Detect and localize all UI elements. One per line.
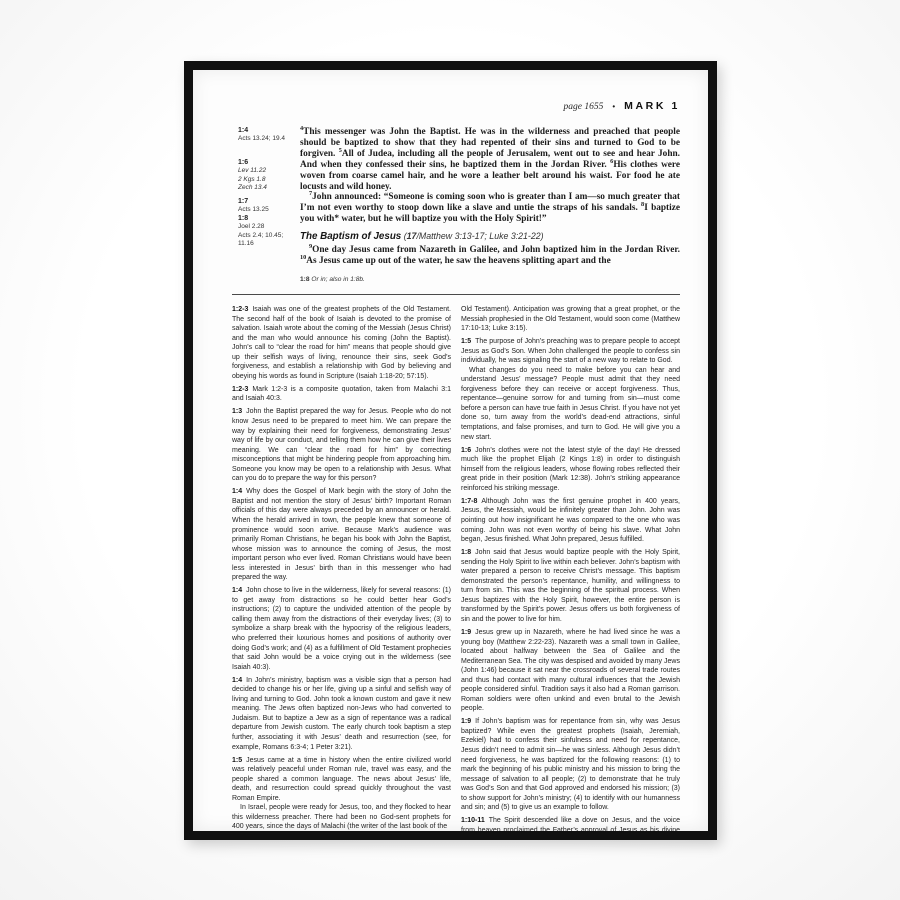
- scripture-section: 1:4Acts 13.24; 19.41:6Lev 11.222 Kgs 1.8…: [232, 127, 680, 267]
- cross-reference-column: 1:4Acts 13.24; 19.41:6Lev 11.222 Kgs 1.8…: [232, 127, 300, 267]
- verse-ref: 1:8: [238, 215, 283, 223]
- study-note: 1:3John the Baptist prepared the way for…: [232, 407, 451, 483]
- cross-reference-group: 1:8Joel 2.28Acts 2.4; 10.45;11.16: [238, 215, 283, 248]
- study-note: 1:4Why does the Gospel of Mark begin wit…: [232, 487, 451, 582]
- note-ref: 1:7-8: [461, 498, 481, 505]
- note-paragraph: 1:10-11The Spirit descended like a dove …: [461, 816, 680, 831]
- note-ref: 1:6: [461, 447, 475, 454]
- note-paragraph: 1:6John’s clothes were not the latest st…: [461, 446, 680, 494]
- note-ref: 1:4: [232, 677, 246, 684]
- scripture-text: 4This messenger was John the Baptist. He…: [300, 127, 680, 267]
- study-note: Old Testament). Anticipation was growing…: [461, 305, 680, 334]
- study-note: 1:5The purpose of John’s preaching was t…: [461, 337, 680, 442]
- verse-ref: 1:7: [238, 198, 269, 206]
- note-paragraph: 1:5Jesus came at a time in history when …: [232, 756, 451, 804]
- cross-reference: Zech 13.4: [238, 184, 267, 192]
- study-note: 1:4In John’s ministry, baptism was a vis…: [232, 676, 451, 752]
- scripture-paragraph: 9One day Jesus came from Nazareth in Gal…: [300, 245, 680, 267]
- note-ref: 1:5: [232, 757, 246, 764]
- note-ref: 1:8: [461, 549, 475, 556]
- verse-number: 8: [641, 201, 644, 208]
- cross-reference: Lev 11.22: [238, 167, 267, 175]
- study-note: 1:10-11The Spirit descended like a dove …: [461, 816, 680, 831]
- study-note: 1:9If John’s baptism was for repentance …: [461, 717, 680, 812]
- note-paragraph: 1:4John chose to live in the wilderness,…: [232, 586, 451, 672]
- verse-number: 6: [610, 158, 613, 165]
- note-ref: 1:10-11: [461, 817, 489, 824]
- note-ref: 1:5: [461, 338, 475, 345]
- study-note: 1:5Jesus came at a time in history when …: [232, 756, 451, 831]
- note-paragraph: 1:2-3Mark 1:2-3 is a composite quotation…: [232, 385, 451, 404]
- page-number: page 1655: [563, 102, 603, 112]
- cross-reference-group: 1:7Acts 13.25: [238, 198, 269, 215]
- scripture-paragraph: 4This messenger was John the Baptist. He…: [300, 127, 680, 192]
- verse-number: 4: [300, 125, 303, 132]
- section-heading: The Baptism of Jesus (17/Matthew 3:13-17…: [300, 231, 680, 242]
- note-paragraph: 1:4In John’s ministry, baptism was a vis…: [232, 676, 451, 752]
- notes-column-right: Old Testament). Anticipation was growing…: [461, 305, 680, 831]
- study-notes: 1:2-3Isaiah was one of the greatest prop…: [232, 305, 680, 831]
- footnote-ref: 1:8: [300, 276, 310, 283]
- section-title: The Baptism of Jesus: [300, 231, 401, 242]
- note-ref: 1:2-3: [232, 386, 252, 393]
- footnote-text: Or in; also in 1:8b.: [311, 276, 365, 283]
- section-divider: [232, 294, 680, 295]
- verse-number: 9: [309, 243, 312, 250]
- section-parallel-refs: (17/Matthew 3:13-17; Luke 3:21-22): [401, 231, 543, 241]
- note-paragraph: In Israel, people were ready for Jesus, …: [232, 803, 451, 831]
- note-ref: 1:9: [461, 629, 475, 636]
- verse-number: 7: [309, 190, 312, 197]
- note-paragraph: 1:5The purpose of John’s preaching was t…: [461, 337, 680, 366]
- scripture-paragraphs: 4This messenger was John the Baptist. He…: [300, 127, 680, 225]
- book-title: MARK 1: [624, 100, 680, 112]
- note-ref: 1:9: [461, 718, 475, 725]
- section-scripture-paragraphs: 9One day Jesus came from Nazareth in Gal…: [300, 245, 680, 267]
- study-note: 1:2-3Mark 1:2-3 is a composite quotation…: [232, 385, 451, 404]
- verse-number: 5: [339, 147, 342, 154]
- cross-reference: 2 Kgs 1.8: [238, 176, 267, 184]
- note-paragraph: 1:9Jesus grew up in Nazareth, where he h…: [461, 628, 680, 714]
- notes-column-left: 1:2-3Isaiah was one of the greatest prop…: [232, 305, 451, 831]
- study-note: 1:2-3Isaiah was one of the greatest prop…: [232, 305, 451, 381]
- cross-reference: Acts 13.25: [238, 206, 269, 214]
- note-ref: 1:2-3: [232, 306, 252, 313]
- verse-ref: 1:4: [238, 127, 285, 135]
- cross-reference: Acts 13.24; 19.4: [238, 135, 285, 143]
- study-note: 1:6John’s clothes were not the latest st…: [461, 446, 680, 494]
- cross-reference: 11.16: [238, 240, 283, 248]
- note-paragraph: Old Testament). Anticipation was growing…: [461, 305, 680, 334]
- note-ref: 1:4: [232, 587, 246, 594]
- note-paragraph: 1:9If John’s baptism was for repentance …: [461, 717, 680, 812]
- page-content: page 1655 • MARK 1 1:4Acts 13.24; 19.41:…: [193, 70, 708, 831]
- note-paragraph: 1:3John the Baptist prepared the way for…: [232, 407, 451, 483]
- cross-reference: Acts 2.4; 10.45;: [238, 232, 283, 240]
- verse-ref: 1:6: [238, 159, 267, 167]
- cross-reference: Joel 2.28: [238, 223, 283, 231]
- note-paragraph: 1:2-3Isaiah was one of the greatest prop…: [232, 305, 451, 381]
- note-ref: 1:3: [232, 408, 246, 415]
- note-paragraph: What changes do you need to make before …: [461, 366, 680, 442]
- cross-reference-group: 1:6Lev 11.222 Kgs 1.8Zech 13.4: [238, 159, 267, 192]
- picture-frame: page 1655 • MARK 1 1:4Acts 13.24; 19.41:…: [184, 61, 717, 840]
- scripture-paragraph: 7John announced: “Someone is coming soon…: [300, 192, 680, 225]
- study-note: 1:7-8Although John was the first genuine…: [461, 497, 680, 545]
- note-ref: 1:4: [232, 488, 246, 495]
- study-note: 1:4John chose to live in the wilderness,…: [232, 586, 451, 672]
- bible-page: page 1655 • MARK 1 1:4Acts 13.24; 19.41:…: [193, 70, 708, 831]
- note-paragraph: 1:8John said that Jesus would baptize pe…: [461, 548, 680, 624]
- bullet-separator: •: [612, 102, 615, 111]
- cross-reference-group: 1:4Acts 13.24; 19.4: [238, 127, 285, 144]
- study-note: 1:8John said that Jesus would baptize pe…: [461, 548, 680, 624]
- study-note: 1:9Jesus grew up in Nazareth, where he h…: [461, 628, 680, 714]
- verse-number: 10: [300, 254, 306, 261]
- note-paragraph: 1:7-8Although John was the first genuine…: [461, 497, 680, 545]
- page-header: page 1655 • MARK 1: [232, 100, 680, 112]
- translation-footnote: 1:8 Or in; also in 1:8b.: [300, 276, 680, 283]
- note-paragraph: 1:4Why does the Gospel of Mark begin wit…: [232, 487, 451, 582]
